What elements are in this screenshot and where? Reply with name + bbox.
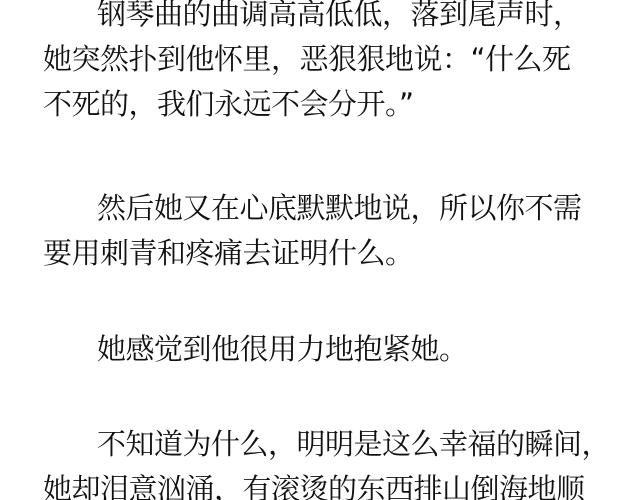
text-line: 她却泪意汹涌，有滚烫的东西排山倒海地顺: [43, 472, 585, 500]
text-line: 不死的，我们永远不会分开。”: [43, 87, 414, 121]
text-line: 要用刺青和疼痛去证明什么。: [43, 236, 414, 270]
text-line: 钢琴曲的曲调高高低低，落到尾声时，: [97, 0, 582, 31]
text-line: 不知道为什么，明明是这么幸福的瞬间，: [97, 427, 610, 461]
text-line: 然后她又在心底默默地说，所以你不需: [97, 191, 582, 225]
text-line: 她突然扑到他怀里，恶狠狠地说：“什么死: [43, 42, 571, 76]
text-line: 她感觉到他很用力地抱紧她。: [97, 332, 468, 366]
